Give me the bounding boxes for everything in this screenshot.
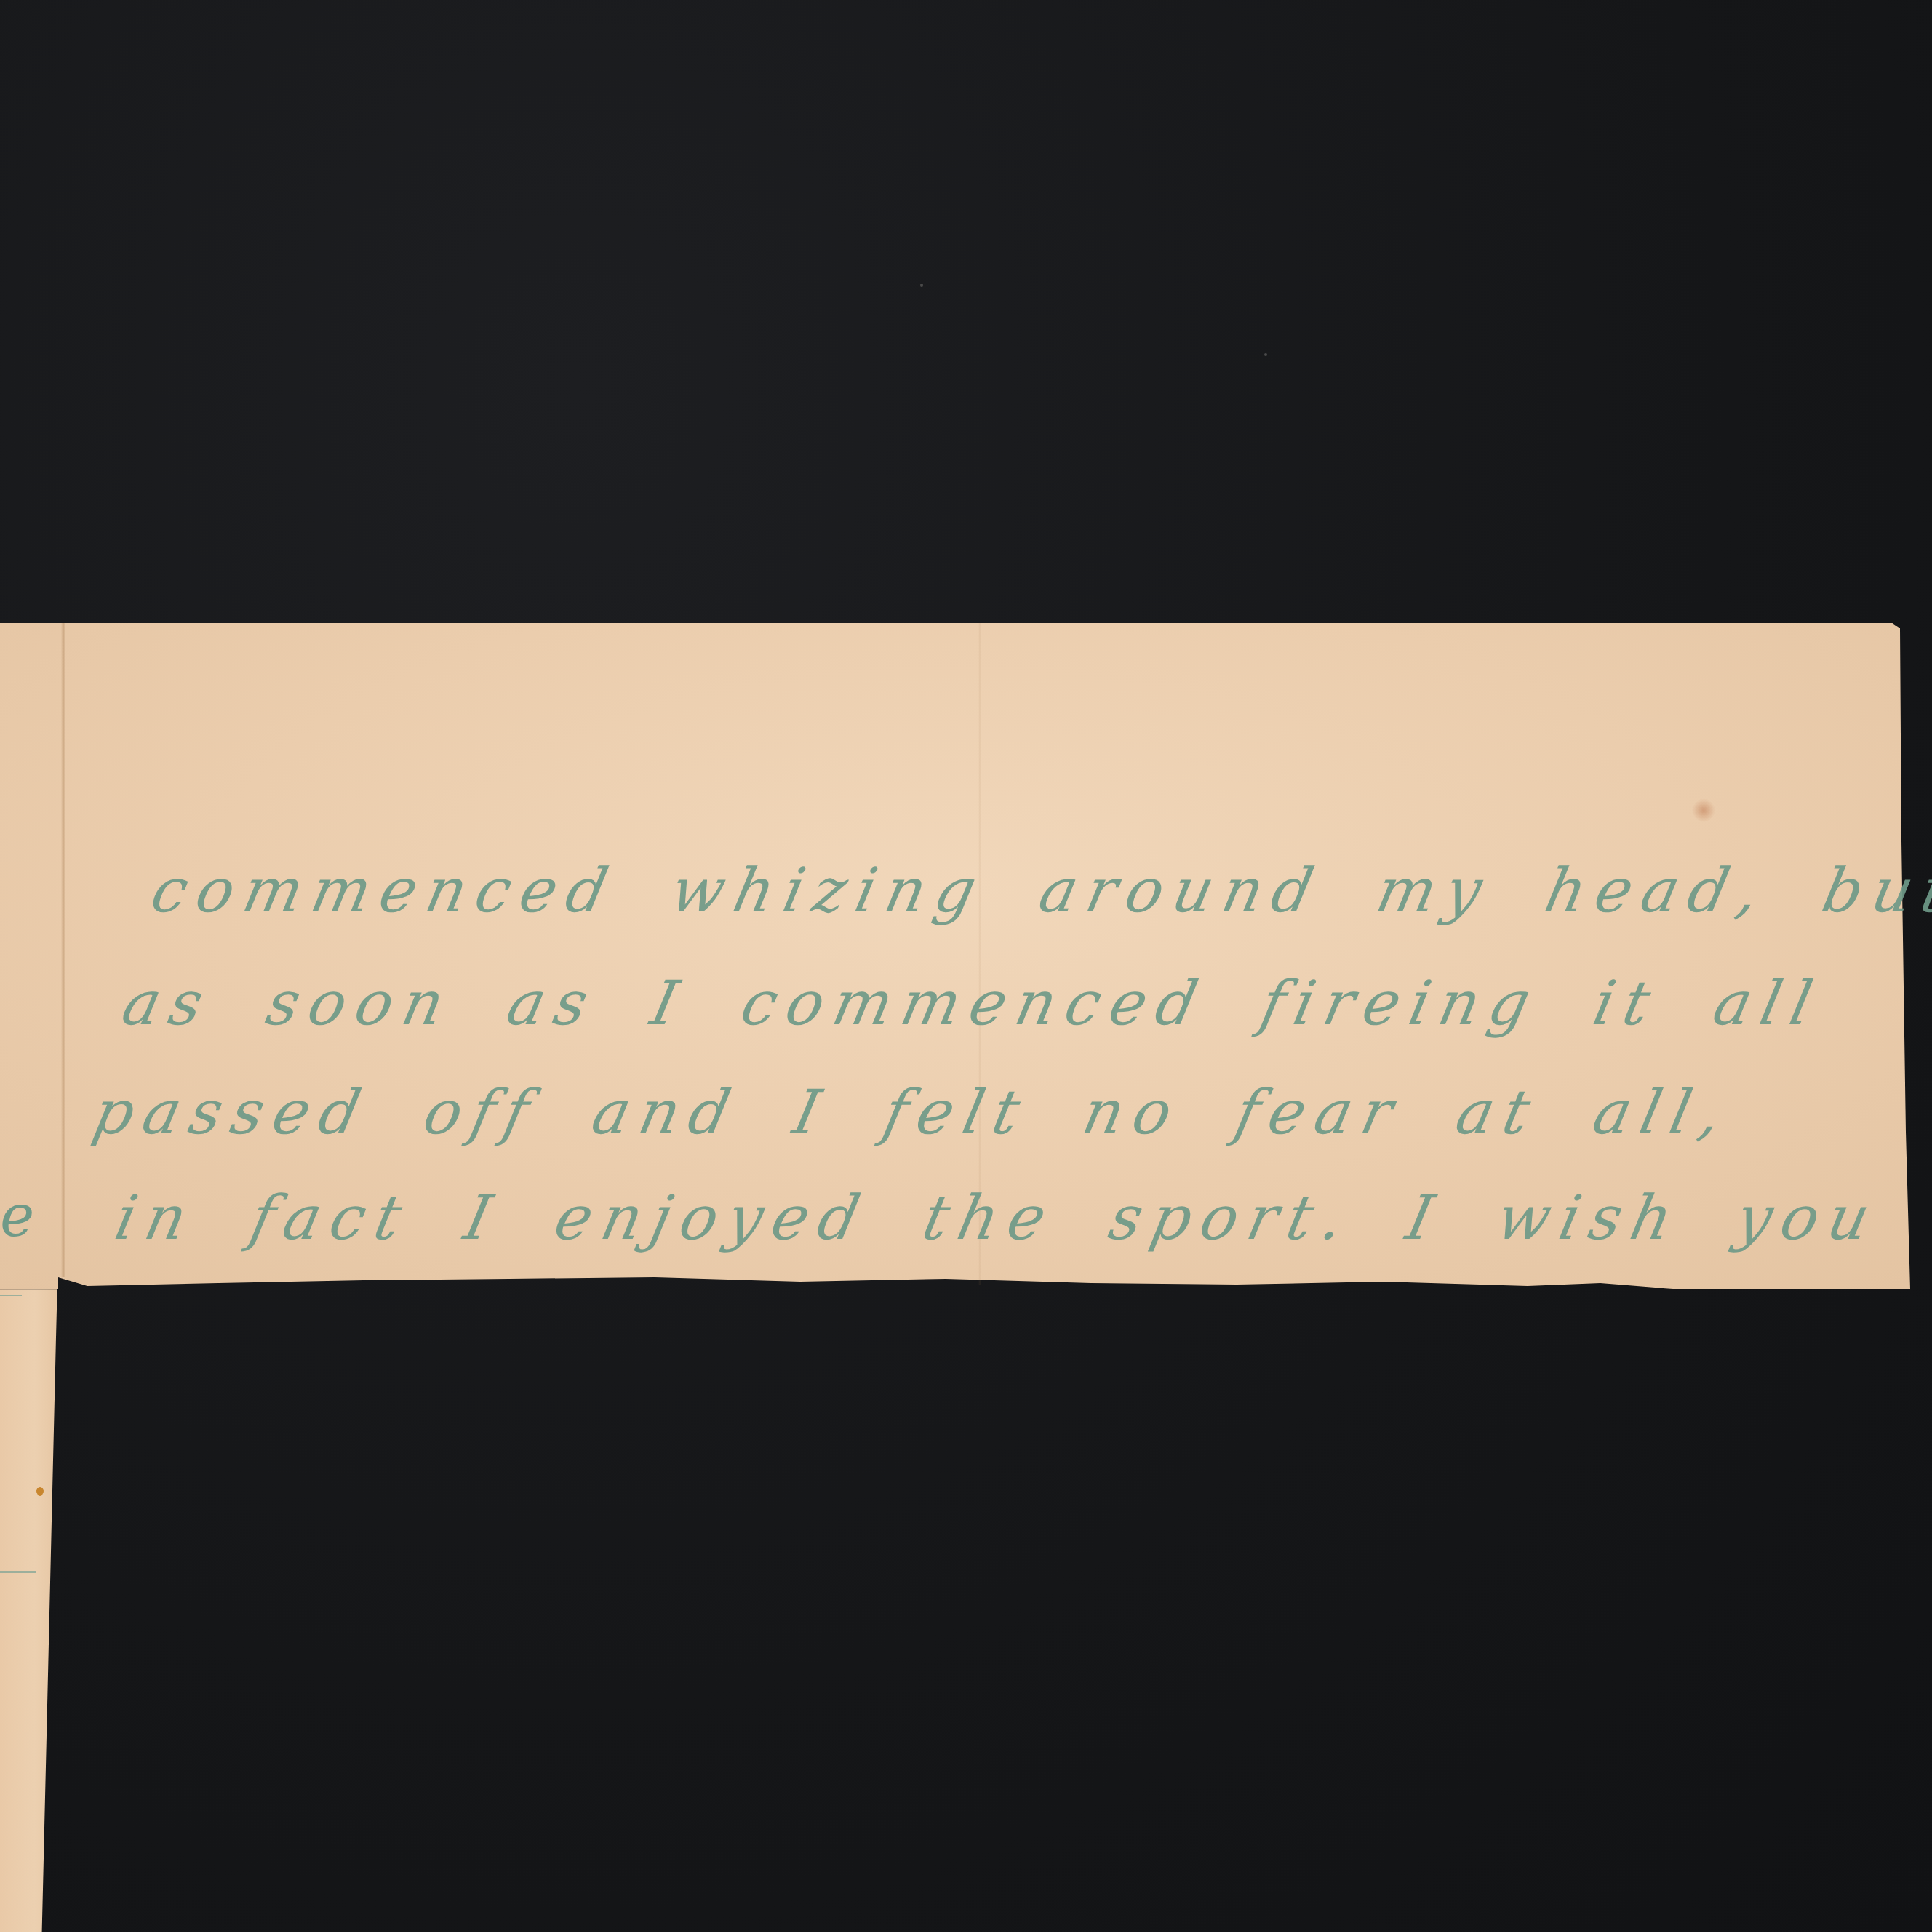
handwritten-line-2: as soon as I commenced fireing it all [116, 967, 1829, 1039]
ink-trace-left-page-lower [0, 1571, 36, 1573]
handwritten-line-1: commenced whizing around my head, but [145, 855, 1932, 926]
dust-speck [1264, 353, 1267, 356]
photo-stage: commenced whizing around my head, but as… [0, 0, 1932, 1932]
handwritten-line-3: passed off and I felt no fear at all, [87, 1077, 1738, 1148]
fold-crease-left [61, 623, 65, 1277]
handwritten-line-4: in fact I enjoyed the sport. I wish you [109, 1182, 1886, 1253]
dust-speck [920, 284, 923, 287]
ink-trace-left-page [0, 1295, 22, 1296]
paper-stain [36, 1487, 44, 1496]
